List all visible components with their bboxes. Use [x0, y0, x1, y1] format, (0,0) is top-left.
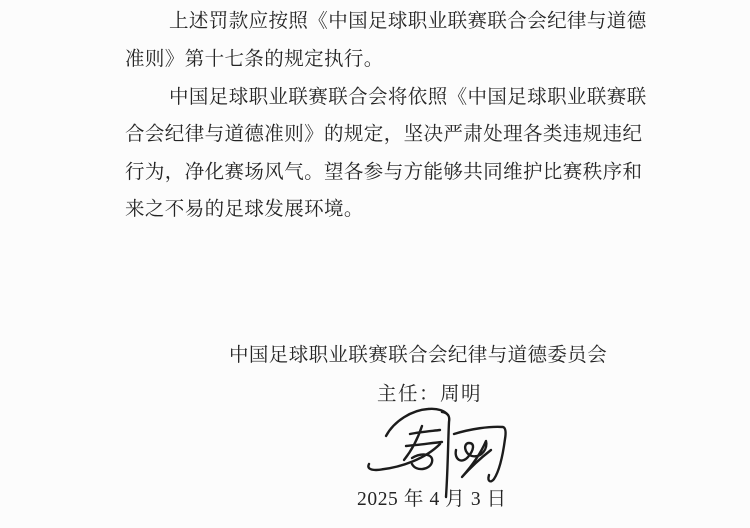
date-line: 2025 年 4 月 3 日: [357, 489, 507, 511]
scanned-document-page: 上述罚款应按照《中国足球职业联赛联合会纪律与道德 准则》第十七条的规定执行。 中…: [0, 0, 750, 528]
paragraph-line: 来之不易的足球发展环境。: [125, 199, 635, 221]
paragraph-line: 中国足球职业联赛联合会将依照《中国足球职业联赛联: [125, 87, 679, 109]
paragraph-line: 准则》第十七条的规定执行。: [125, 49, 635, 71]
handwritten-signature-icon: [358, 400, 543, 500]
committee-name-line: 中国足球职业联赛联合会纪律与道德委员会: [229, 345, 607, 367]
paragraph-line: 合会纪律与道德准则》的规定，坚决严肃处理各类违规违纪: [125, 124, 635, 146]
paragraph-line: 行为，净化赛场风气。望各参与方能够共同维护比赛秩序和: [125, 162, 635, 184]
paragraph-line: 上述罚款应按照《中国足球职业联赛联合会纪律与道德: [125, 11, 679, 33]
